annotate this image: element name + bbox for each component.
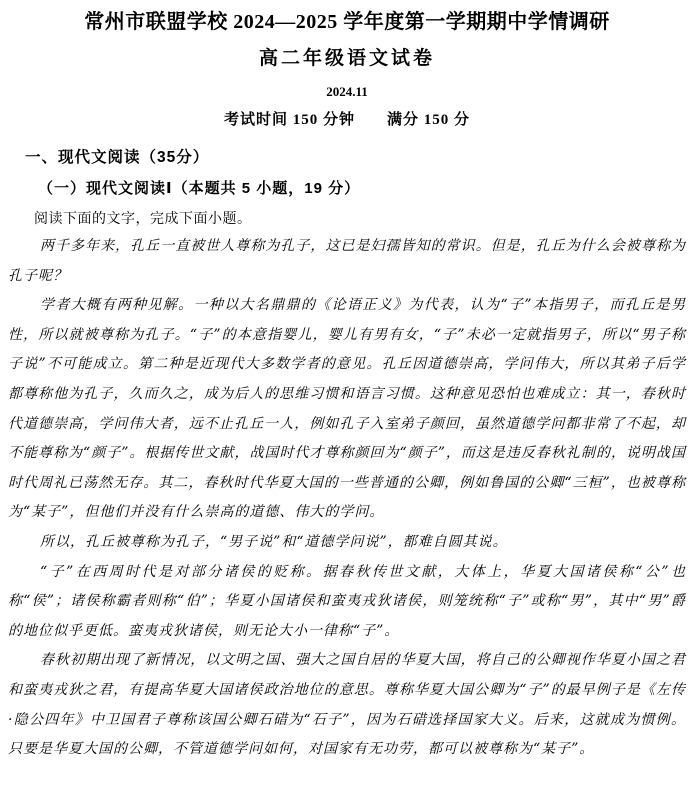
exam-subtitle: 高二年级语文试卷 [0,46,694,72]
reading-instruction: 阅读下面的文字，完成下面小题。 [34,208,694,228]
exam-header: 常州市联盟学校 2024—2025 学年度第一学期期中学情调研 高二年级语文试卷… [0,8,694,130]
section-heading-modern-reading: 一、现代文阅读（35分） [25,148,694,168]
passage-paragraph-2: 学者大概有两种见解。一种以大名鼎鼎的《论语正义》为代表，认为“子”本指男子，而孔… [8,291,686,528]
exam-paper-page: 常州市联盟学校 2024—2025 学年度第一学期期中学情调研 高二年级语文试卷… [0,0,694,786]
exam-title: 常州市联盟学校 2024—2025 学年度第一学期期中学情调研 [0,8,694,36]
exam-duration-and-score: 考试时间 150 分钟 满分 150 分 [0,110,694,130]
exam-date: 2024.11 [0,84,694,100]
passage-paragraph-4: “子”在西周时代是对部分诸侯的贬称。据春秋传世文献，大体上，华夏大国诸侯称“公”… [8,558,686,647]
passage-paragraph-3: 所以，孔丘被尊称为孔子，“男子说”和“道德学问说”，都难自圆其说。 [8,528,686,558]
passage-paragraph-5: 春秋初期出现了新情况，以文明之国、强大之国自居的华夏大国，将自己的公卿视作华夏小… [8,646,686,764]
reading-passage: 两千多年来，孔丘一直被世人尊称为孔子，这已是妇孺皆知的常识。但是，孔丘为什么会被… [8,232,686,765]
subsection-heading-reading-1: （一）现代文阅读Ⅰ（本题共 5 小题，19 分） [38,179,694,199]
passage-paragraph-1: 两千多年来，孔丘一直被世人尊称为孔子，这已是妇孺皆知的常识。但是，孔丘为什么会被… [8,232,686,291]
